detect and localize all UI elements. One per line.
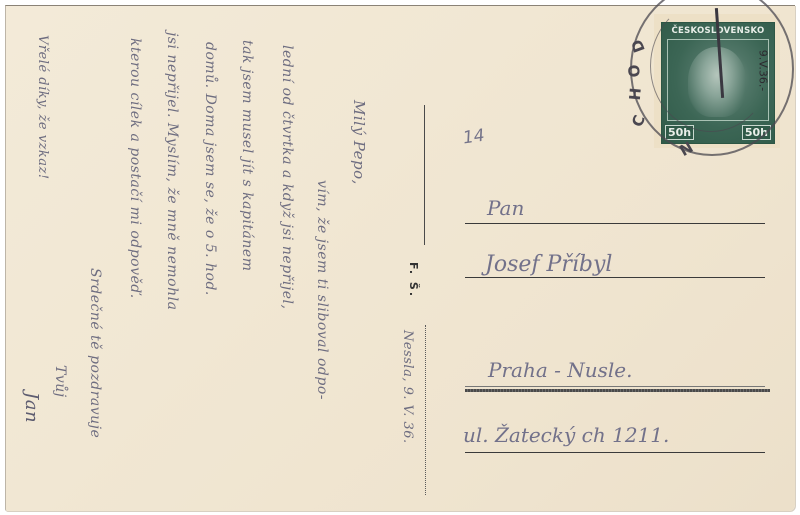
- postmark-inner-ring-icon: [650, 0, 772, 132]
- message-line: kterou cílek a postačí mi odpověď.: [127, 38, 143, 299]
- postmark-letter: H: [626, 87, 645, 101]
- address-line-2: [465, 277, 765, 278]
- address-line-3: [465, 386, 765, 387]
- address-street: ul. Žatecký ch 1211.: [463, 423, 669, 447]
- address-line-4: [465, 452, 765, 453]
- message-closing: Srdečné tě pozdravuje: [87, 268, 103, 438]
- postmark-letter: O: [625, 64, 644, 78]
- publisher-mark: F. Š.: [407, 262, 420, 298]
- address-city: Praha - Nusle.: [488, 358, 632, 382]
- postmark-date: 9.V.36.-: [756, 50, 769, 92]
- message-line: domů. Doma jsem se, že o 5. hod.: [202, 42, 218, 296]
- message-line: vím, že jsem ti sliboval odpo-: [314, 180, 330, 400]
- message-closing: Tvůj: [52, 365, 68, 398]
- margin-note: Vřelé díky, že vzkaz!: [35, 35, 50, 180]
- divider-line-lower: [425, 325, 426, 495]
- address-salutation: Pan: [487, 196, 524, 220]
- address-line-1: [465, 223, 765, 224]
- corner-number: 14: [462, 126, 486, 149]
- address-name: Josef Příbyl: [485, 252, 612, 277]
- message-line: jsi nepřijel. Myslím, že mně nemohla: [164, 32, 180, 310]
- message-line: tak jsem musel jít s kapitánem: [239, 40, 255, 271]
- sender-location-date: Nessla, 9. V. 36.: [400, 330, 415, 444]
- message-line: lední od čtvrtka a když jsi nepřijel,: [279, 45, 295, 309]
- message-signature: Jan: [21, 392, 42, 423]
- address-line-3-bold: [465, 389, 770, 392]
- message-greeting: Milý Pepo,: [350, 100, 368, 185]
- divider-line-upper: [424, 105, 425, 245]
